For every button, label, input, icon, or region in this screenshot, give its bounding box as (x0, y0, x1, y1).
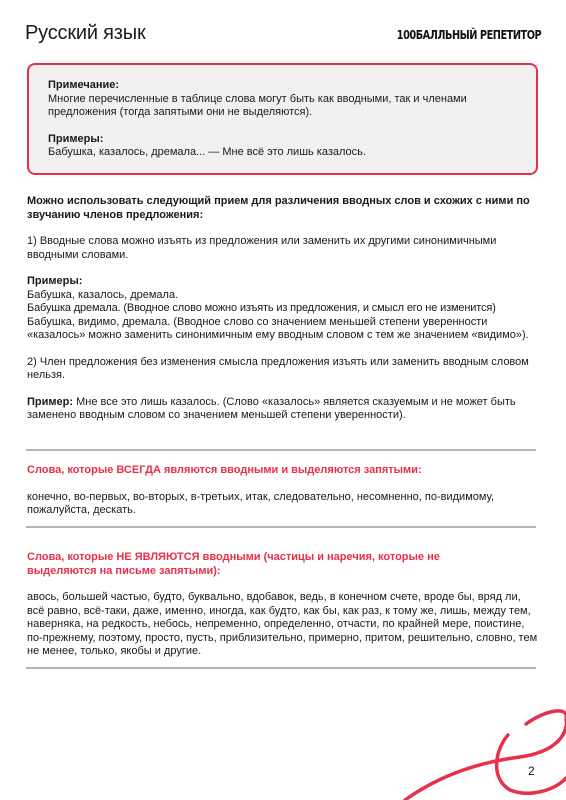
method-example-label: Пример: (27, 396, 73, 408)
note-examples-text: Бабушка, казалось, дремала... — Мне всё … (48, 146, 517, 160)
never-intro-heading: Слова, которые НЕ ЯВЛЯЮТСЯ вводными (час… (27, 551, 457, 578)
brand-logo: 100БАЛЛЬНЫЙ РЕПЕТИТОР (397, 27, 541, 42)
method-example: Пример: Мне все это лишь казалось. (Слов… (27, 396, 539, 423)
page-header: Русский язык 100БАЛЛЬНЫЙ РЕПЕТИТОР (25, 22, 541, 52)
note-label: Примечание: (48, 79, 517, 93)
page-number: 2 (528, 764, 535, 778)
note-examples-label: Примеры: (48, 133, 517, 147)
never-intro-words: авось, большей частью, будто, буквально,… (27, 591, 539, 659)
method-intro: Можно использовать следующий прием для р… (27, 195, 539, 222)
page-title: Русский язык (25, 22, 146, 45)
method-examples-label: Примеры: (27, 275, 539, 289)
method-rule-2: 2) Член предложения без изменения смысла… (27, 356, 539, 383)
note-box: Примечание: Многие перечисленные в табли… (27, 63, 538, 175)
note-text: Многие перечисленные в таблице слова мог… (48, 93, 517, 120)
method-rule-1: 1) Вводные слова можно изъять из предлож… (27, 235, 539, 262)
divider (26, 667, 536, 669)
example-line: Бабушка дремала. (Вводное слово можно из… (27, 302, 539, 316)
always-intro-heading: Слова, которые ВСЕГДА являются вводными … (27, 464, 539, 478)
always-intro-words: конечно, во-первых, во-вторых, в-третьих… (27, 491, 539, 518)
method-examples: Примеры: Бабушка, казалось, дремала. Баб… (27, 275, 539, 343)
divider (26, 449, 536, 451)
example-line: Бабушка, казалось, дремала. (27, 289, 539, 303)
method-section: Можно использовать следующий прием для р… (27, 195, 539, 436)
divider (26, 526, 536, 528)
never-intro-section: Слова, которые НЕ ЯВЛЯЮТСЯ вводными (час… (27, 551, 539, 659)
example-line: Бабушка, видимо, дремала. (Вводное слово… (27, 316, 539, 343)
method-example-text: Мне все это лишь казалось. (Слово «казал… (27, 396, 516, 422)
always-intro-section: Слова, которые ВСЕГДА являются вводными … (27, 464, 539, 518)
